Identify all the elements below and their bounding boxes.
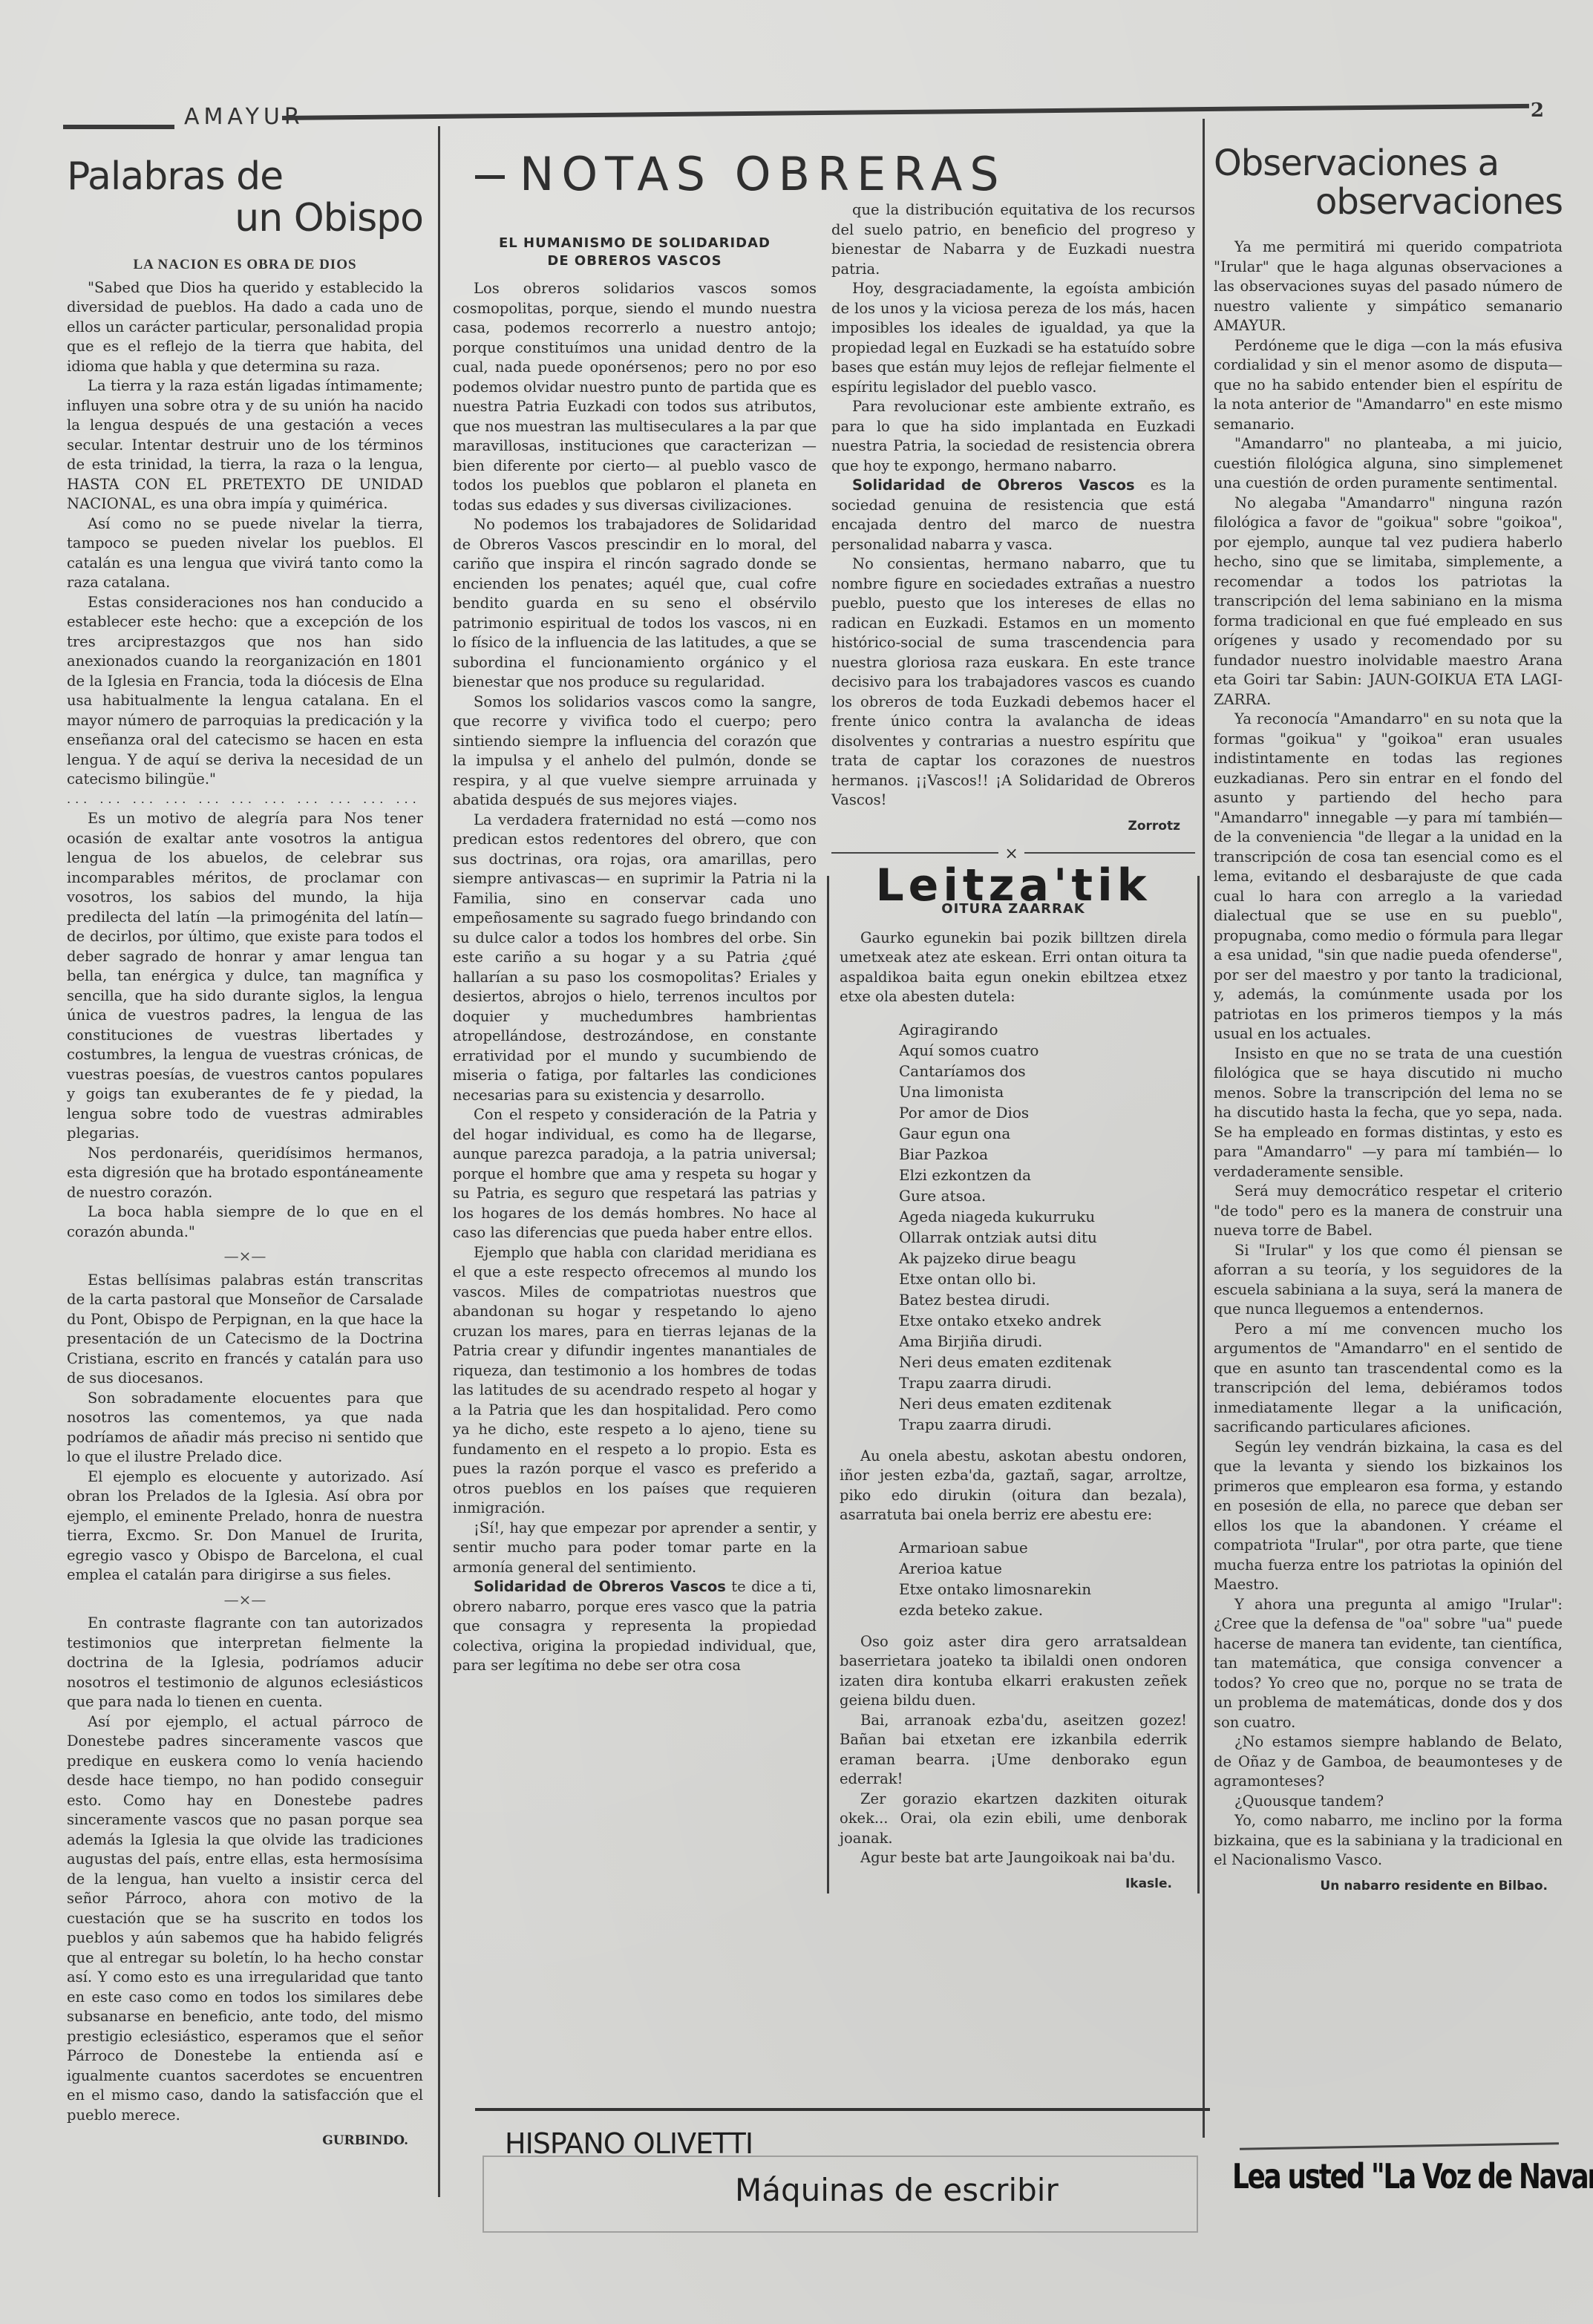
subhead-line: EL HUMANISMO DE SOLIDARIDAD bbox=[453, 235, 817, 252]
verse-line: Ollarrak ontziak autsi ditu bbox=[899, 1227, 1187, 1248]
signature: GURBINDO. bbox=[67, 2131, 408, 2151]
verse-line: Batez bestea dirudi. bbox=[899, 1289, 1187, 1310]
paragraph: Nos perdonaréis, queridísimos hermanos, … bbox=[67, 1144, 423, 1203]
separator: × bbox=[831, 845, 1195, 860]
separator-mark: × bbox=[998, 845, 1024, 863]
paragraph-group: En contraste flagrante con tan autorizad… bbox=[67, 1614, 423, 2125]
paragraph-group: "Sabed que Dios ha querido y establecido… bbox=[67, 278, 423, 790]
paragraph: Ya me permitirá mi querido compatriota "… bbox=[1214, 238, 1563, 336]
paragraph: Ya reconocía "Amandarro" en su nota que … bbox=[1214, 710, 1563, 1044]
column-divider bbox=[1203, 119, 1205, 2138]
article-palabras-de-un-obispo: Palabras de un Obispo LA NACION ES OBRA … bbox=[67, 148, 423, 2151]
verse-line: Cantaríamos dos bbox=[899, 1061, 1187, 1081]
paragraph: Solidaridad de Obreros Vascos te dice a … bbox=[453, 1577, 817, 1676]
bold-lead: Solidaridad de Obreros Vascos bbox=[852, 477, 1135, 494]
paragraph: No consientas, hermano nabarro, que tu n… bbox=[831, 554, 1195, 811]
subhead-line: DE OBREROS VASCOS bbox=[453, 252, 817, 270]
article-leitzatik: Leitza'tik OITURA ZAARRAK Gaurko eguneki… bbox=[827, 876, 1200, 1893]
paragraph-group: Ya me permitirá mi querido compatriota "… bbox=[1214, 238, 1563, 1870]
ad-product: Máquinas de escribir bbox=[735, 2172, 1059, 2208]
signature: Ikasle. bbox=[840, 1874, 1172, 1894]
verse-line: Aquí somos cuatro bbox=[899, 1040, 1187, 1061]
paragraph: Au onela abestu, askotan abestu ondoren,… bbox=[840, 1447, 1187, 1525]
paragraph: ¡Sí!, hay que empezar por aprender a sen… bbox=[453, 1519, 817, 1578]
verse-line: Ama Birjiña dirudi. bbox=[899, 1331, 1187, 1352]
subhead: LA NACION ES OBRA DE DIOS bbox=[67, 255, 423, 275]
paragraph: El ejemplo es elocuente y autorizado. As… bbox=[67, 1467, 423, 1585]
verse-line: Etxe ontako etxeko andrek bbox=[899, 1310, 1187, 1331]
paragraph: Así como no se puede nivelar la tierra, … bbox=[67, 514, 423, 593]
paragraph: Según ley vendrán bizkaina, la casa es d… bbox=[1214, 1438, 1563, 1595]
separator: —×— bbox=[67, 1246, 423, 1266]
paragraph: Si "Irular" y los que como él piensan se… bbox=[1214, 1241, 1563, 1320]
verse-line: Gaur egun ona bbox=[899, 1123, 1187, 1144]
verse-line: Neri deus ematen ezditenak bbox=[899, 1352, 1187, 1372]
verse-line: Elzi ezkontzen da bbox=[899, 1165, 1187, 1185]
paragraph: Pero a mí me convencen mucho los argumen… bbox=[1214, 1320, 1563, 1438]
paragraph: Son sobradamente elocuentes para que nos… bbox=[67, 1389, 423, 1467]
verse-line: Por amor de Dios bbox=[899, 1102, 1187, 1123]
headline: Observaciones a bbox=[1214, 144, 1563, 183]
verse-line: Agiragirando bbox=[899, 1019, 1187, 1040]
column-divider bbox=[438, 126, 440, 2197]
verse-line: Biar Pazkoa bbox=[899, 1144, 1187, 1165]
paragraph: Solidaridad de Obreros Vascos es la soci… bbox=[831, 476, 1195, 554]
paragraph: Hoy, desgraciadamente, la egoísta ambici… bbox=[831, 279, 1195, 397]
advertisement-olivetti: HISPANO OLIVETTI Máquinas de escribir bbox=[475, 2108, 1210, 2215]
paragraph: ¿No estamos siempre hablando de Belato, … bbox=[1214, 1732, 1563, 1792]
paragraph: "Sabed que Dios ha querido y establecido… bbox=[67, 278, 423, 377]
verse-line: Ageda niageda kukurruku bbox=[899, 1206, 1187, 1227]
paragraph: Con el respeto y consideración de la Pat… bbox=[453, 1105, 817, 1243]
headline: Leitza'tik bbox=[840, 876, 1187, 896]
rule bbox=[1240, 2142, 1559, 2150]
paragraph: La verdadera fraternidad no está —como n… bbox=[453, 811, 817, 1106]
headline: observaciones bbox=[1214, 183, 1563, 221]
paragraph: Zer gorazio ekartzen dazkiten oiturak ok… bbox=[840, 1790, 1187, 1849]
paragraph-group: No consientas, hermano nabarro, que tu n… bbox=[831, 554, 1195, 811]
paragraph: La boca habla siempre de lo que en el co… bbox=[67, 1202, 423, 1242]
headline: un Obispo bbox=[67, 197, 423, 239]
masthead-rule bbox=[282, 104, 1529, 120]
paragraph: Yo, como nabarro, me inclino por la form… bbox=[1214, 1811, 1563, 1870]
paragraph-group: Oso goiz aster dira gero arratsaldean ba… bbox=[840, 1632, 1187, 1868]
paragraph: Para revolucionar este ambiente extraño,… bbox=[831, 397, 1195, 476]
verse-line: Trapu zaarra dirudi. bbox=[899, 1372, 1187, 1393]
verse-line: Neri deus ematen ezditenak bbox=[899, 1393, 1187, 1414]
paragraph: Es un motivo de alegría para Nos tener o… bbox=[67, 809, 423, 1144]
page-number: 2 bbox=[1531, 99, 1544, 122]
title-dash bbox=[475, 175, 505, 179]
masthead-rule bbox=[63, 125, 174, 129]
paragraph: Será muy democrático respetar el criteri… bbox=[1214, 1182, 1563, 1241]
paragraph: que la distribución equitativa de los re… bbox=[831, 200, 1195, 279]
masthead: AMAYUR 2 bbox=[59, 104, 1551, 134]
paragraph: Somos los solidarios vascos como la sang… bbox=[453, 693, 817, 811]
section-title-notas-obreras: NOTAS OBRERAS bbox=[475, 147, 1007, 201]
paragraph: ¿Quousque tandem? bbox=[1214, 1792, 1563, 1812]
verse-line: Una limonista bbox=[899, 1081, 1187, 1102]
verse-line: Ak pajzeko dirue beagu bbox=[899, 1248, 1187, 1269]
separator: —×— bbox=[67, 1590, 423, 1610]
advertisement-voz-de-navarra: Lea usted "La Voz de Navarra" bbox=[1232, 2156, 1487, 2196]
paragraph-group: Los obreros solidarios vascos somos cosm… bbox=[453, 279, 817, 1577]
verse-line: Armarioan sabue bbox=[899, 1537, 1187, 1558]
verse-line: Etxe ontako limosnarekin bbox=[899, 1579, 1187, 1600]
article-observaciones: Observaciones a observaciones Ya me perm… bbox=[1214, 148, 1563, 1896]
subhead: EL HUMANISMO DE SOLIDARIDAD DE OBREROS V… bbox=[453, 235, 817, 270]
paragraph: Estas bellísimas palabras están transcri… bbox=[67, 1271, 423, 1389]
verse-line: Gure atsoa. bbox=[899, 1185, 1187, 1206]
paragraph: En contraste flagrante con tan autorizad… bbox=[67, 1614, 423, 1712]
verse-line: ezda beteko zakue. bbox=[899, 1600, 1187, 1620]
verse-line: Trapu zaarra dirudi. bbox=[899, 1414, 1187, 1435]
article-humanismo: EL HUMANISMO DE SOLIDARIDAD DE OBREROS V… bbox=[453, 223, 817, 1676]
signature: Zorrotz bbox=[831, 816, 1180, 837]
paragraph: No alegaba "Amandarro" ninguna razón fil… bbox=[1214, 494, 1563, 710]
bold-lead: Solidaridad de Obreros Vascos bbox=[474, 1578, 726, 1595]
verse-line: Etxe ontan ollo bi. bbox=[899, 1269, 1187, 1289]
paragraph: Bai, arranoak ezba'du, aseitzen gozez! B… bbox=[840, 1711, 1187, 1790]
paragraph: Los obreros solidarios vascos somos cosm… bbox=[453, 279, 817, 515]
paragraph: Agur beste bat arte Jaungoikoak nai ba'd… bbox=[840, 1848, 1187, 1868]
headline: Palabras de bbox=[67, 156, 423, 197]
article-continuation: que la distribución equitativa de los re… bbox=[831, 200, 1195, 1893]
paragraph: No podemos los trabajadores de Solidarid… bbox=[453, 515, 817, 693]
paragraph: Ejemplo que habla con claridad meridiana… bbox=[453, 1243, 817, 1519]
paragraph: Gaurko egunekin bai pozik billtzen direl… bbox=[840, 929, 1187, 1007]
verse: Armarioan sabueArerioa katueEtxe ontako … bbox=[899, 1537, 1187, 1620]
paragraph: Insisto en que no se trata de una cuesti… bbox=[1214, 1044, 1563, 1182]
paragraph-group: que la distribución equitativa de los re… bbox=[831, 200, 1195, 476]
ellipsis-row: ... ... ... ... ... ... ... ... ... ... … bbox=[67, 790, 423, 810]
verse: AgiragirandoAquí somos cuatroCantaríamos… bbox=[899, 1019, 1187, 1435]
paragraph: Así por ejemplo, el actual párroco de Do… bbox=[67, 1712, 423, 2126]
paragraph: Oso goiz aster dira gero arratsaldean ba… bbox=[840, 1632, 1187, 1711]
newspaper-page: AMAYUR 2 NOTAS OBRERAS Palabras de un Ob… bbox=[59, 89, 1559, 2256]
verse-line: Arerioa katue bbox=[899, 1558, 1187, 1579]
paragraph-group: Es un motivo de alegría para Nos tener o… bbox=[67, 809, 423, 1242]
paragraph: Estas consideraciones nos han conducido … bbox=[67, 593, 423, 790]
paragraph: La tierra y la raza están ligadas íntima… bbox=[67, 376, 423, 514]
section-title-text: NOTAS OBRERAS bbox=[520, 147, 1007, 201]
paragraph-group: Estas bellísimas palabras están transcri… bbox=[67, 1271, 423, 1585]
signature: Un nabarro residente en Bilbao. bbox=[1214, 1876, 1548, 1896]
paragraph: Y ahora una pregunta al amigo "Irular": … bbox=[1214, 1595, 1563, 1733]
ad-brand: HISPANO OLIVETTI bbox=[505, 2127, 753, 2160]
paragraph: Perdóneme que le diga —con la más efusiv… bbox=[1214, 336, 1563, 435]
paragraph: "Amandarro" no planteaba, a mi juicio, c… bbox=[1214, 434, 1563, 494]
